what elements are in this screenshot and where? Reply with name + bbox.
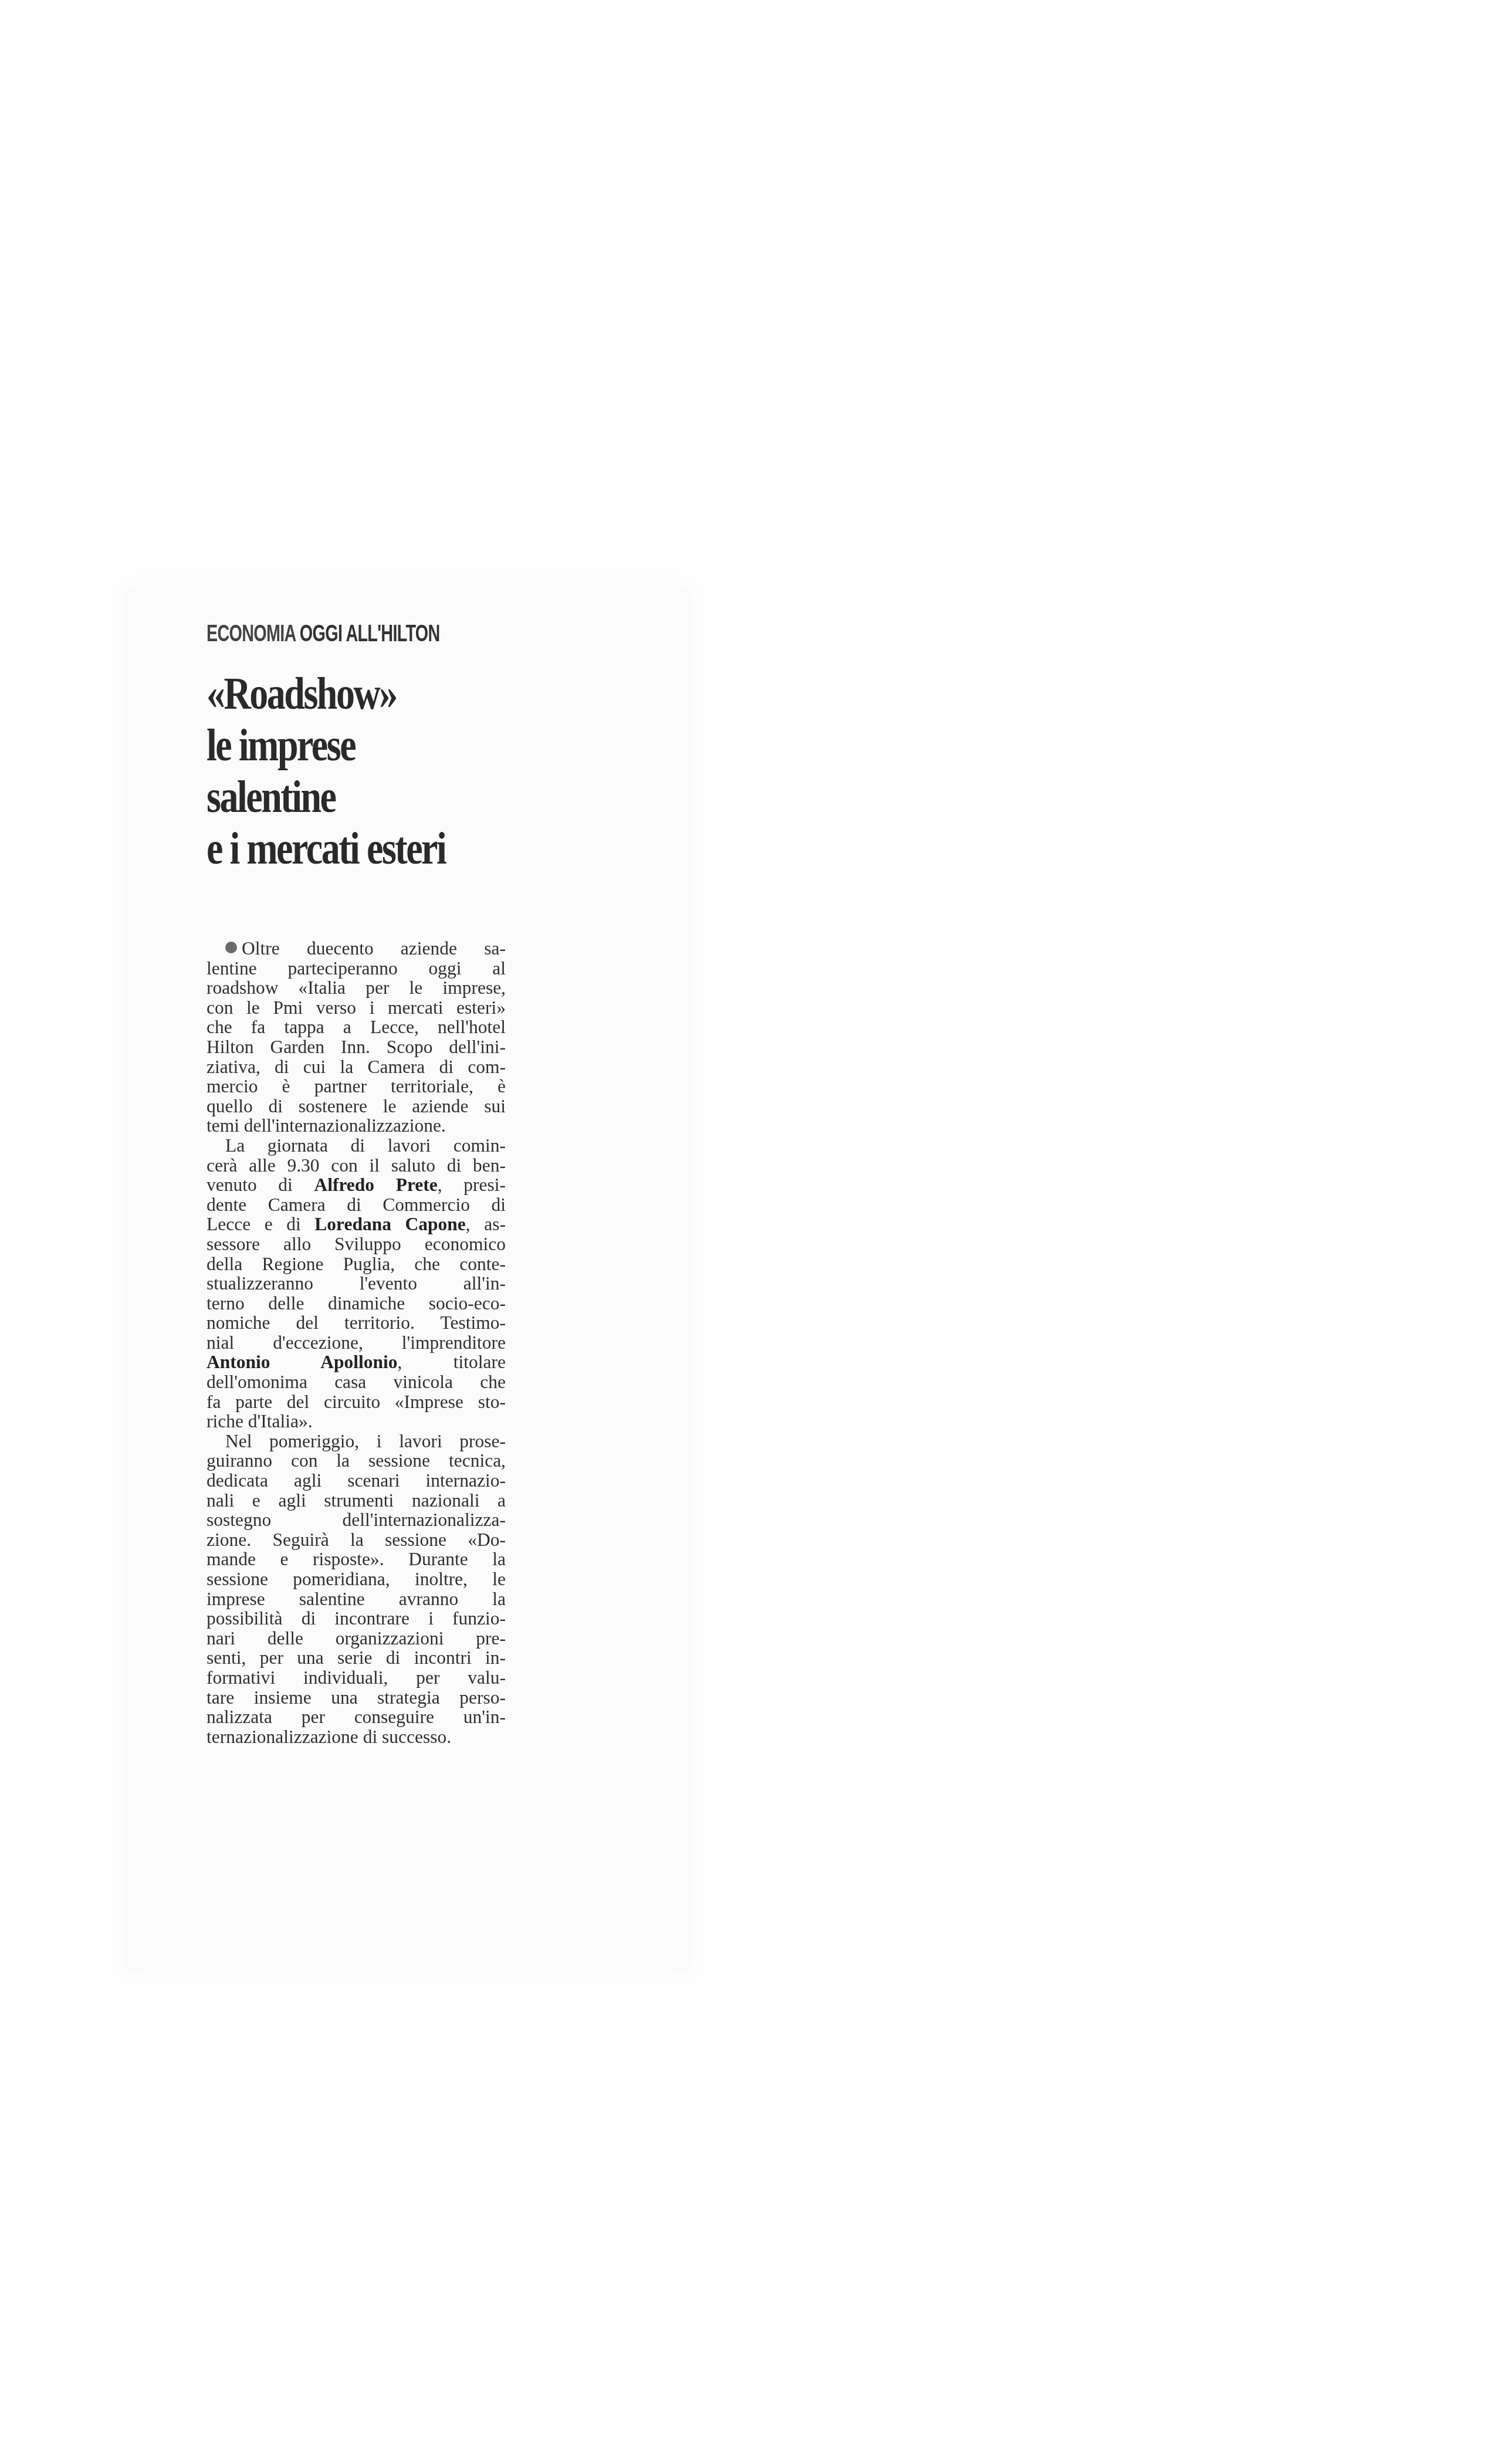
text-line: roadshow «Italia per le imprese,	[207, 978, 506, 998]
text-line: senti, per una serie di incontri in-	[207, 1648, 506, 1668]
text-line: mercio è partner territoriale, è	[207, 1077, 506, 1096]
text-line: dente Camera di Commercio di	[207, 1195, 506, 1215]
text-line: dedicata agli scenari internazio-	[207, 1471, 506, 1491]
person-name: Alfredo Prete	[314, 1175, 437, 1195]
text-line: mande e risposte». Durante la	[207, 1549, 506, 1569]
text-line: lentine parteciperanno oggi al	[207, 959, 506, 979]
text-line: venuto di Alfredo Prete, presi-	[207, 1175, 506, 1195]
text-line: possibilità di incontrare i funzio-	[207, 1609, 506, 1629]
paragraph-2: La giornata di lavori comin-cerà alle 9.…	[207, 1136, 506, 1431]
text-line: nomiche del territorio. Testimo-	[207, 1313, 506, 1333]
person-name: Loredana Capone	[314, 1214, 466, 1234]
text-line: dell'omonima casa vinicola che	[207, 1372, 506, 1392]
person-name: Antonio Apollonio	[207, 1352, 398, 1372]
paragraph-3: Nel pomeriggio, i lavori prose-guiranno …	[207, 1431, 506, 1747]
text-line: della Regione Puglia, che conte-	[207, 1254, 506, 1274]
text-line: La giornata di lavori comin-	[207, 1136, 506, 1156]
text-line: stualizzeranno l'evento all'in-	[207, 1274, 506, 1294]
headline-line: «Roadshow»	[207, 668, 543, 719]
headline-line: e i mercati esteri	[207, 823, 543, 874]
text-line: imprese salentine avranno la	[207, 1589, 506, 1609]
text-line: ternazionalizzazione di successo.	[207, 1727, 506, 1747]
text-line: temi dell'internazionalizzazione.	[207, 1116, 506, 1136]
text-line: nalizzata per conseguire un'in-	[207, 1707, 506, 1727]
text-line: con le Pmi verso i mercati esteri»	[207, 998, 506, 1018]
text-line: formativi individuali, per valu-	[207, 1668, 506, 1688]
text-line: sessore allo Sviluppo economico	[207, 1234, 506, 1254]
bullet-icon	[225, 942, 237, 953]
text-line: tare insieme una strategia perso-	[207, 1688, 506, 1708]
text-line: fa parte del circuito «Imprese sto-	[207, 1392, 506, 1412]
text-line: Lecce e di Loredana Capone, as-	[207, 1214, 506, 1234]
text-line: che fa tappa a Lecce, nell'hotel	[207, 1017, 506, 1037]
text-line: zione. Seguirà la sessione «Do-	[207, 1530, 506, 1550]
text-line: nari delle organizzazioni pre-	[207, 1629, 506, 1649]
text-line: terno delle dinamiche socio-eco-	[207, 1294, 506, 1314]
kicker-topic: OGGI ALL'HILTON	[300, 621, 440, 647]
text-line: sostegno dell'internazionalizza-	[207, 1510, 506, 1530]
paragraph-1: Oltre duecento aziende sa-lentine partec…	[207, 939, 506, 1136]
article-headline: «Roadshow» le imprese salentine e i merc…	[207, 668, 543, 874]
text-line: Oltre duecento aziende sa-	[207, 939, 506, 959]
text-line: Hilton Garden Inn. Scopo dell'ini-	[207, 1037, 506, 1057]
text-line: guiranno con la sessione tecnica,	[207, 1451, 506, 1471]
article-kicker: ECONOMIA OGGI ALL'HILTON	[207, 616, 422, 651]
headline-line: le imprese	[207, 719, 543, 771]
text-line: Nel pomeriggio, i lavori prose-	[207, 1431, 506, 1451]
text-line: nial d'eccezione, l'imprenditore	[207, 1333, 506, 1353]
headline-line: salentine	[207, 771, 543, 823]
text-line: nali e agli strumenti nazionali a	[207, 1491, 506, 1511]
text-line: sessione pomeridiana, inoltre, le	[207, 1569, 506, 1589]
kicker-section: ECONOMIA	[207, 621, 296, 647]
text-line: Antonio Apollonio, titolare	[207, 1352, 506, 1372]
text-line: quello di sostenere le aziende sui	[207, 1096, 506, 1116]
article-body: Oltre duecento aziende sa-lentine partec…	[207, 939, 506, 1747]
text-line: riche d'Italia».	[207, 1412, 506, 1431]
text-line: cerà alle 9.30 con il saluto di ben-	[207, 1156, 506, 1176]
newspaper-article: ECONOMIA OGGI ALL'HILTON «Roadshow» le i…	[207, 616, 506, 1747]
text-line: ziativa, di cui la Camera di com-	[207, 1057, 506, 1077]
